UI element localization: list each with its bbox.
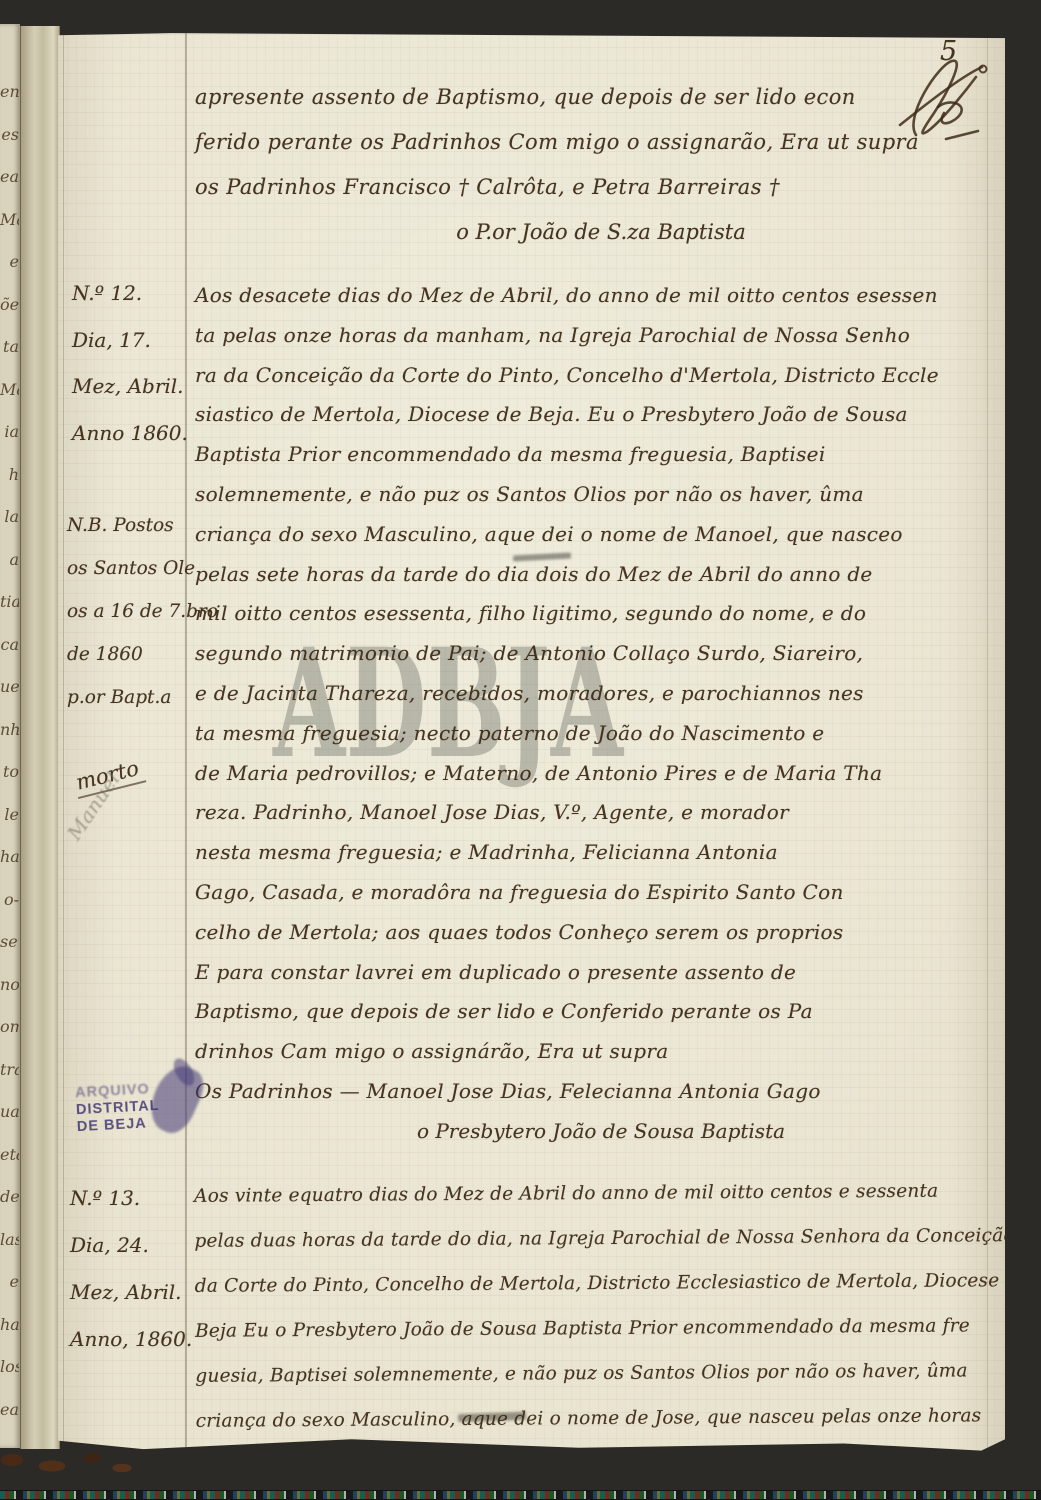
manuscript-page: 5 ADBJA apresente assento de Baptismo, q… (58, 31, 1005, 1452)
left-edge-rule-line (63, 31, 64, 1452)
priest-signature: o Presbytero João de Sousa Baptista (195, 1119, 1005, 1159)
handwritten-line: ferido perante os Padrinhos Com migo o a… (195, 130, 1005, 175)
text-fragment: no (0, 975, 19, 1018)
handwritten-line: solemnemente, e não puz os Santos Olios … (195, 482, 1005, 522)
text-fragment: eai (0, 167, 19, 210)
handwritten-line: criança do sexo Masculino, aque dei o no… (195, 522, 1005, 562)
binding-gutter (20, 26, 60, 1449)
entry12-margin-notes: N.º 12.Dia, 17.Mez, Abril.Anno 1860. (72, 281, 192, 467)
margin-note-line: Anno, 1860. (70, 1327, 192, 1374)
text-fragment: h (0, 465, 19, 508)
text-fragment: o- (0, 890, 19, 933)
handwritten-line: Baptismo, que depois de ser lido e Confe… (195, 999, 1005, 1039)
entry-continuation-text: apresente assento de Baptismo, que depoi… (195, 85, 1005, 265)
nb-note-line: p.or Bapt.a (67, 687, 195, 730)
scanned-register-page: eneseaiMaeões ataMaiahlaatiacauesnhotole… (0, 0, 1041, 1500)
text-fragment: ca (0, 635, 19, 678)
text-fragment: en (0, 82, 19, 125)
handwritten-line: celho de Mertola; aos quaes todos Conheç… (195, 920, 1005, 960)
margin-note-line: Mez, Abril. (70, 1280, 192, 1327)
text-fragment: ha (0, 847, 19, 890)
text-fragment: eta (0, 1145, 19, 1188)
text-fragment: ome (0, 1017, 19, 1060)
handwritten-line: Gago, Casada, e moradôra na freguesia do… (195, 880, 1005, 920)
handwritten-line: de Maria pedrovillos; e Materno, de Anto… (195, 761, 1005, 801)
handwritten-line: Aos vinte equatro dias do Mez de Abril d… (194, 1180, 1005, 1231)
handwritten-line: ta pelas onze horas da manham, na Igreja… (195, 323, 1005, 363)
text-fragment: ha (0, 1315, 19, 1358)
text-fragment: ia (0, 422, 19, 465)
text-fragment: los (0, 1357, 19, 1400)
nb-note-line: N.B. Postos (67, 515, 195, 558)
text-fragment: le (0, 805, 19, 848)
handwritten-line: Aos desacete dias do Mez de Abril, do an… (195, 283, 1005, 323)
nb-note-line: de 1860 (67, 644, 195, 687)
scanner-noise-strip (0, 1490, 1041, 1500)
nb-note-line: os a 16 de 7.bro (67, 601, 195, 644)
entry13-text: Aos vinte equatro dias do Mez de Abril d… (194, 1180, 1005, 1452)
text-fragment: es (0, 125, 19, 168)
handwritten-line: guesia, Baptisei solemnemente, e não puz… (195, 1360, 1005, 1411)
entry13-margin-notes: N.º 13.Dia, 24.Mez, Abril.Anno, 1860. (70, 1186, 192, 1374)
handwritten-line: Beja Eu o Presbytero João de Sousa Bapti… (195, 1315, 1005, 1366)
nb-note-line: os Santos Ole (67, 558, 195, 601)
previous-page-text-fragments: eneseaiMaeões ataMaiahlaatiacauesnhotole… (0, 82, 19, 1442)
entry12-lines: Aos desacete dias do Mez de Abril, do an… (195, 283, 1005, 1119)
text-fragment: nho (0, 720, 19, 763)
binding-leather-bits (0, 1444, 140, 1482)
text-fragment: las (0, 1230, 19, 1273)
continuation-lines: apresente assento de Baptismo, que depoi… (195, 85, 1005, 220)
text-fragment: e (0, 1272, 19, 1315)
handwritten-line: nesta mesma freguesia; e Madrinha, Felic… (195, 840, 1005, 880)
handwritten-line: pelas duas horas da tarde do dia, na Igr… (194, 1225, 1005, 1276)
text-fragment: ues (0, 677, 19, 720)
text-fragment: tia (0, 592, 19, 635)
margin-note-line: Dia, 24. (70, 1233, 192, 1280)
handwritten-line: ra da Conceição da Corte do Pinto, Conce… (195, 363, 1005, 403)
text-fragment: la (0, 507, 19, 550)
handwritten-line: pelas sete horas da tarde do dia dois do… (195, 562, 1005, 602)
handwritten-line: os Padrinhos Francisco † Calrôta, e Petr… (195, 175, 1005, 220)
entry12-text: Aos desacete dias do Mez de Abril, do an… (195, 283, 1005, 1159)
handwritten-line: mil oitto centos esessenta, filho ligiti… (195, 601, 1005, 641)
handwritten-line: apresente assento de Baptismo, que depoi… (195, 85, 1005, 130)
text-fragment: a (0, 550, 19, 593)
handwritten-line: segundo matrimonio de Pai; de Antonio Co… (195, 641, 1005, 681)
margin-note-line: N.º 12. (72, 281, 192, 328)
handwritten-line: reza. Padrinho, Manoel Jose Dias, V.º, A… (195, 800, 1005, 840)
previous-page-edge: eneseaiMaeões ataMaiahlaatiacauesnhotole… (0, 24, 20, 1448)
handwritten-line: Os Padrinhos — Manoel Jose Dias, Felecia… (195, 1079, 1005, 1119)
handwritten-line: Baptista Prior encommendado da mesma fre… (195, 442, 1005, 482)
text-fragment: ta (0, 337, 19, 380)
handwritten-line: ta mesma freguesia; necto paterno de Joã… (195, 721, 1005, 761)
text-fragment: de (0, 1187, 19, 1230)
margin-note-line: Anno 1860. (72, 421, 192, 468)
priest-signature: o P.or João de S.za Baptista (195, 220, 1005, 265)
margin-note-line: Mez, Abril. (72, 374, 192, 421)
margin-note-line: Dia, 17. (72, 328, 192, 375)
text-fragment: to (0, 762, 19, 805)
handwritten-line: criança do sexo Masculino, aque dei o no… (196, 1405, 1005, 1452)
text-fragment: ua (0, 1102, 19, 1145)
entry12-nb-note: N.B. Postosos Santos Oleos a 16 de 7.bro… (67, 515, 195, 730)
text-fragment: seu (0, 932, 19, 975)
handwritten-line: E para constar lavrei em duplicado o pre… (195, 960, 1005, 1000)
text-fragment: Ma (0, 210, 19, 253)
margin-note-line: N.º 13. (70, 1186, 192, 1233)
handwritten-line: da Corte do Pinto, Concelho de Mertola, … (195, 1270, 1005, 1321)
handwritten-line: drinhos Cam migo o assignárão, Era ut su… (195, 1039, 1005, 1079)
handwritten-line: e de Jacinta Thareza, recebidos, morador… (195, 681, 1005, 721)
text-fragment: Ma (0, 380, 19, 423)
text-fragment: tra (0, 1060, 19, 1103)
text-fragment: ões a (0, 295, 19, 338)
archive-stamp: ARQUIVO DISTRITAL DE BEJA (75, 1081, 161, 1136)
handwritten-line: siastico de Mertola, Diocese de Beja. Eu… (195, 402, 1005, 442)
stamp-line: DE BEJA (77, 1115, 161, 1136)
text-fragment: eado (0, 1400, 19, 1443)
text-fragment: e (0, 252, 19, 295)
